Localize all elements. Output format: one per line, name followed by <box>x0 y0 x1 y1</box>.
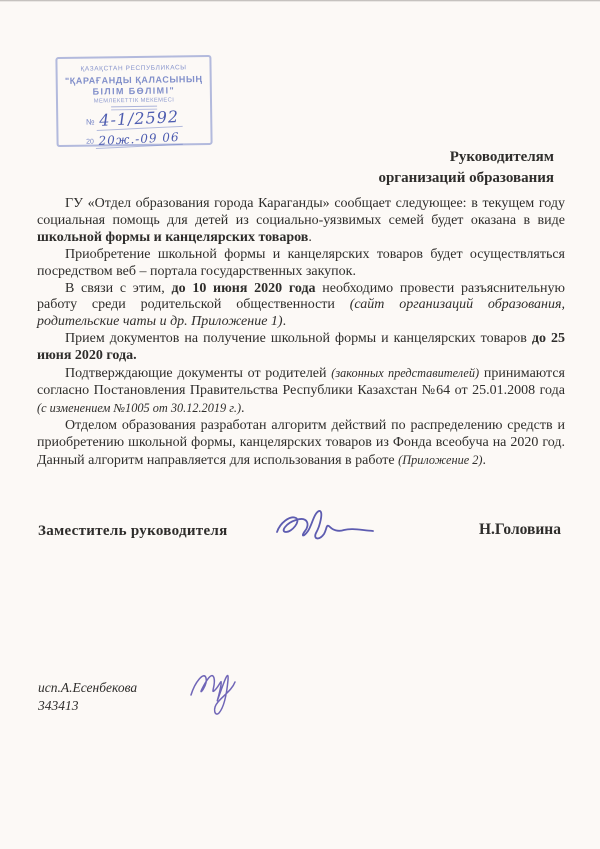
executor-phone: 343413 <box>38 697 137 715</box>
paragraph-3: В связи с этим, до 10 июня 2020 года нео… <box>37 281 565 332</box>
stamp-country-line: ҚАЗАҚСТАН РЕСПУБЛИКАСЫ <box>58 64 210 73</box>
text-segment: Подтверждающие документы от родителей <box>65 366 331 381</box>
paragraph-2: Приобретение школьной формы и канцелярск… <box>37 247 565 281</box>
signature-scribble <box>270 501 378 553</box>
paragraph-4: Прием документов на получение школьной ф… <box>37 331 565 365</box>
registration-stamp: ҚАЗАҚСТАН РЕСПУБЛИКАСЫ "ҚАРАҒАНДЫ ҚАЛАСЫ… <box>55 55 212 147</box>
stamp-org-line2: БІЛІМ БӨЛІМІ" <box>58 85 210 97</box>
executor-name: исп.А.Есенбекова <box>38 679 137 697</box>
executor-signature-scribble <box>182 657 248 721</box>
signer-position-title: Заместитель руководителя <box>38 523 228 540</box>
stamp-date-line: 20 20ж.-09 06 <box>58 131 210 148</box>
stamp-number-label: № <box>86 118 95 127</box>
text-segment-bold: до 10 июня 2020 года <box>172 281 316 296</box>
addressee-line-1: Руководителям <box>0 147 554 168</box>
text-segment-italic: (Приложение 2) <box>398 453 482 467</box>
scanned-letter-page: ҚАЗАҚСТАН РЕСПУБЛИКАСЫ "ҚАРАҒАНДЫ ҚАЛАСЫ… <box>0 0 600 849</box>
text-segment: Прием документов на получение школьной ф… <box>65 331 532 346</box>
signer-name: Н.Головина <box>479 521 561 539</box>
stamp-date-prefix: 20 <box>86 139 94 146</box>
text-segment: В связи с этим, <box>65 281 172 296</box>
paragraph-1: ГУ «Отдел образования города Караганды» … <box>37 196 565 247</box>
text-segment: Приобретение школьной формы и канцелярск… <box>37 247 565 279</box>
paragraph-6: Отделом образования разработан алгоритм … <box>37 418 565 470</box>
text-segment: . <box>283 314 287 329</box>
text-segment-italic: (законных представителей) <box>331 366 479 380</box>
text-segment: ГУ «Отдел образования города Караганды» … <box>37 196 565 228</box>
executor-block: исп.А.Есенбекова 343413 <box>38 679 137 715</box>
stamp-org-line3: МЕМЛЕКЕТТІК МЕКЕМЕСІ <box>58 97 210 105</box>
addressee-line-2: организаций образования <box>0 168 554 189</box>
paragraph-5: Подтверждающие документы от родителей (з… <box>37 365 565 418</box>
text-segment: . <box>483 453 487 468</box>
text-segment: . <box>308 230 312 245</box>
stamp-org-line1: "ҚАРАҒАНДЫ ҚАЛАСЫНЫҢ <box>58 74 210 86</box>
text-segment: . <box>241 401 245 416</box>
letter-body: ГУ «Отдел образования города Караганды» … <box>37 196 565 470</box>
stamp-number-line: № 4-1/2592 <box>58 109 210 132</box>
addressee-block: Руководителям организаций образования <box>0 147 554 189</box>
text-segment-italic: (с изменением №1005 от 30.12.2019 г.) <box>37 401 241 415</box>
text-segment-bold: школьной формы и канцелярских товаров <box>37 230 308 245</box>
stamp-number-handwritten: 4-1/2592 <box>96 108 183 131</box>
